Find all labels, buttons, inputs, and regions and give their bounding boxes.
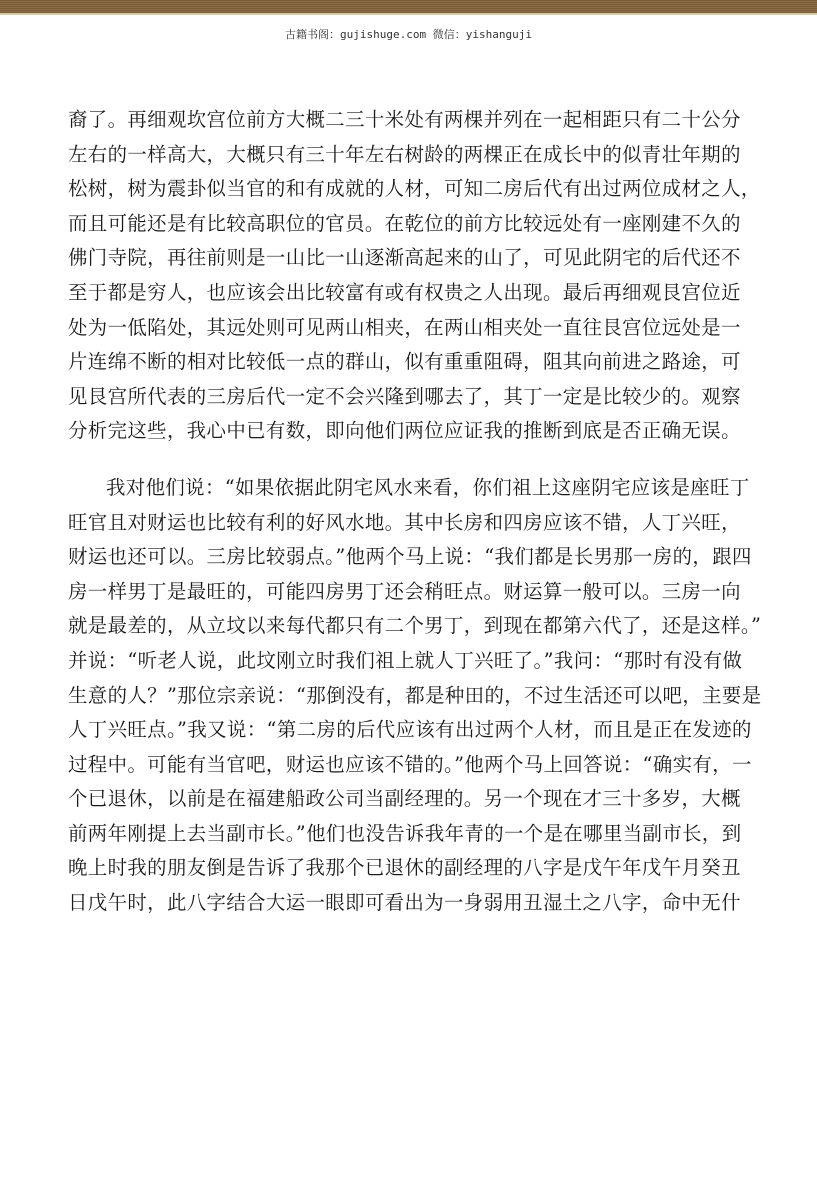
- paragraph-2: 我对他们说：“如果依据此阴宅风水来看，你们祖上这座阴宅应该是座旺丁 旺官且对财运…: [68, 471, 738, 921]
- text-line: 晚上时我的朋友倒是告诉了我那个已退休的副经理的八字是戊午年戊午月癸丑: [68, 851, 738, 886]
- text-line: 日戊午时，此八字结合大运一眼即可看出为一身弱用丑湿土之八字，命中无什: [68, 886, 738, 921]
- paragraph-spacer: [68, 449, 738, 471]
- text-line: 房一样男丁是最旺的，可能四房男丁还会稍旺点。财运算一般可以。三房一向: [68, 575, 738, 610]
- text-line: 佛门寺院，再往前则是一山比一山逐渐高起来的山了，可见此阴宅的后代还不: [68, 241, 738, 276]
- text-line: 个已退休，以前是在福建船政公司当副经理的。另一个现在才三十多岁，大概: [68, 782, 738, 817]
- text-line: 片连绵不断的相对比较低一点的群山，似有重重阻碍，阻其向前进之路途，可: [68, 345, 738, 380]
- site-watermark-header: 古籍书阁：gujishuge.com 微信：yishanguji: [0, 26, 817, 42]
- text-line: 松树，树为震卦似当官的和有成就的人材，可知二房后代有出过两位成材之人，: [68, 172, 738, 207]
- decorative-top-band: [0, 0, 817, 13]
- text-line: 前两年刚提上去当副市长。”他们也没告诉我年青的一个是在哪里当副市长，到: [68, 817, 738, 852]
- text-line: 裔了。再细观坎宫位前方大概二三十米处有两棵并列在一起相距只有二十公分: [68, 103, 738, 138]
- text-line: 人丁兴旺点。”我又说：“第二房的后代应该有出过两个人材，而且是正在发迹的: [68, 713, 738, 748]
- text-line: 旺官且对财运也比较有利的好风水地。其中长房和四房应该不错，人丁兴旺，: [68, 506, 738, 541]
- text-line: 见艮宫所代表的三房后代一定不会兴隆到哪去了，其丁一定是比较少的。观察: [68, 380, 738, 415]
- decorative-band-edge: [0, 13, 817, 15]
- text-line-indented: 我对他们说：“如果依据此阴宅风水来看，你们祖上这座阴宅应该是座旺丁: [68, 471, 738, 506]
- text-line: 处为一低陷处，其远处则可见两山相夹，在两山相夹处一直往艮宫位远处是一: [68, 311, 738, 346]
- text-line: 至于都是穷人，也应该会出比较富有或有权贵之人出现。最后再细观艮宫位近: [68, 276, 738, 311]
- paragraph-1: 裔了。再细观坎宫位前方大概二三十米处有两棵并列在一起相距只有二十公分 左右的一样…: [68, 103, 738, 449]
- document-body: 裔了。再细观坎宫位前方大概二三十米处有两棵并列在一起相距只有二十公分 左右的一样…: [68, 103, 738, 921]
- text-line: 分析完这些，我心中已有数，即向他们两位应证我的推断到底是否正确无误。: [68, 414, 738, 449]
- text-line: 并说：“听老人说，此坟刚立时我们祖上就人丁兴旺了。”我问：“那时有没有做: [68, 644, 738, 679]
- text-line: 就是最差的，从立坟以来每代都只有二个男丁，到现在都第六代了，还是这样。”: [68, 609, 738, 644]
- text-line: 生意的人？”那位宗亲说：“那倒没有，都是种田的，不过生活还可以吧，主要是: [68, 679, 738, 714]
- text-line: 左右的一样高大，大概只有三十年左右树龄的两棵正在成长中的似青壮年期的: [68, 138, 738, 173]
- text-line: 财运也还可以。三房比较弱点。”他两个马上说：“我们都是长男那一房的，跟四: [68, 540, 738, 575]
- text-line: 过程中。可能有当官吧，财运也应该不错的。”他两个马上回答说：“确实有，一: [68, 748, 738, 783]
- text-line: 而且可能还是有比较高职位的官员。在乾位的前方比较远处有一座刚建不久的: [68, 207, 738, 242]
